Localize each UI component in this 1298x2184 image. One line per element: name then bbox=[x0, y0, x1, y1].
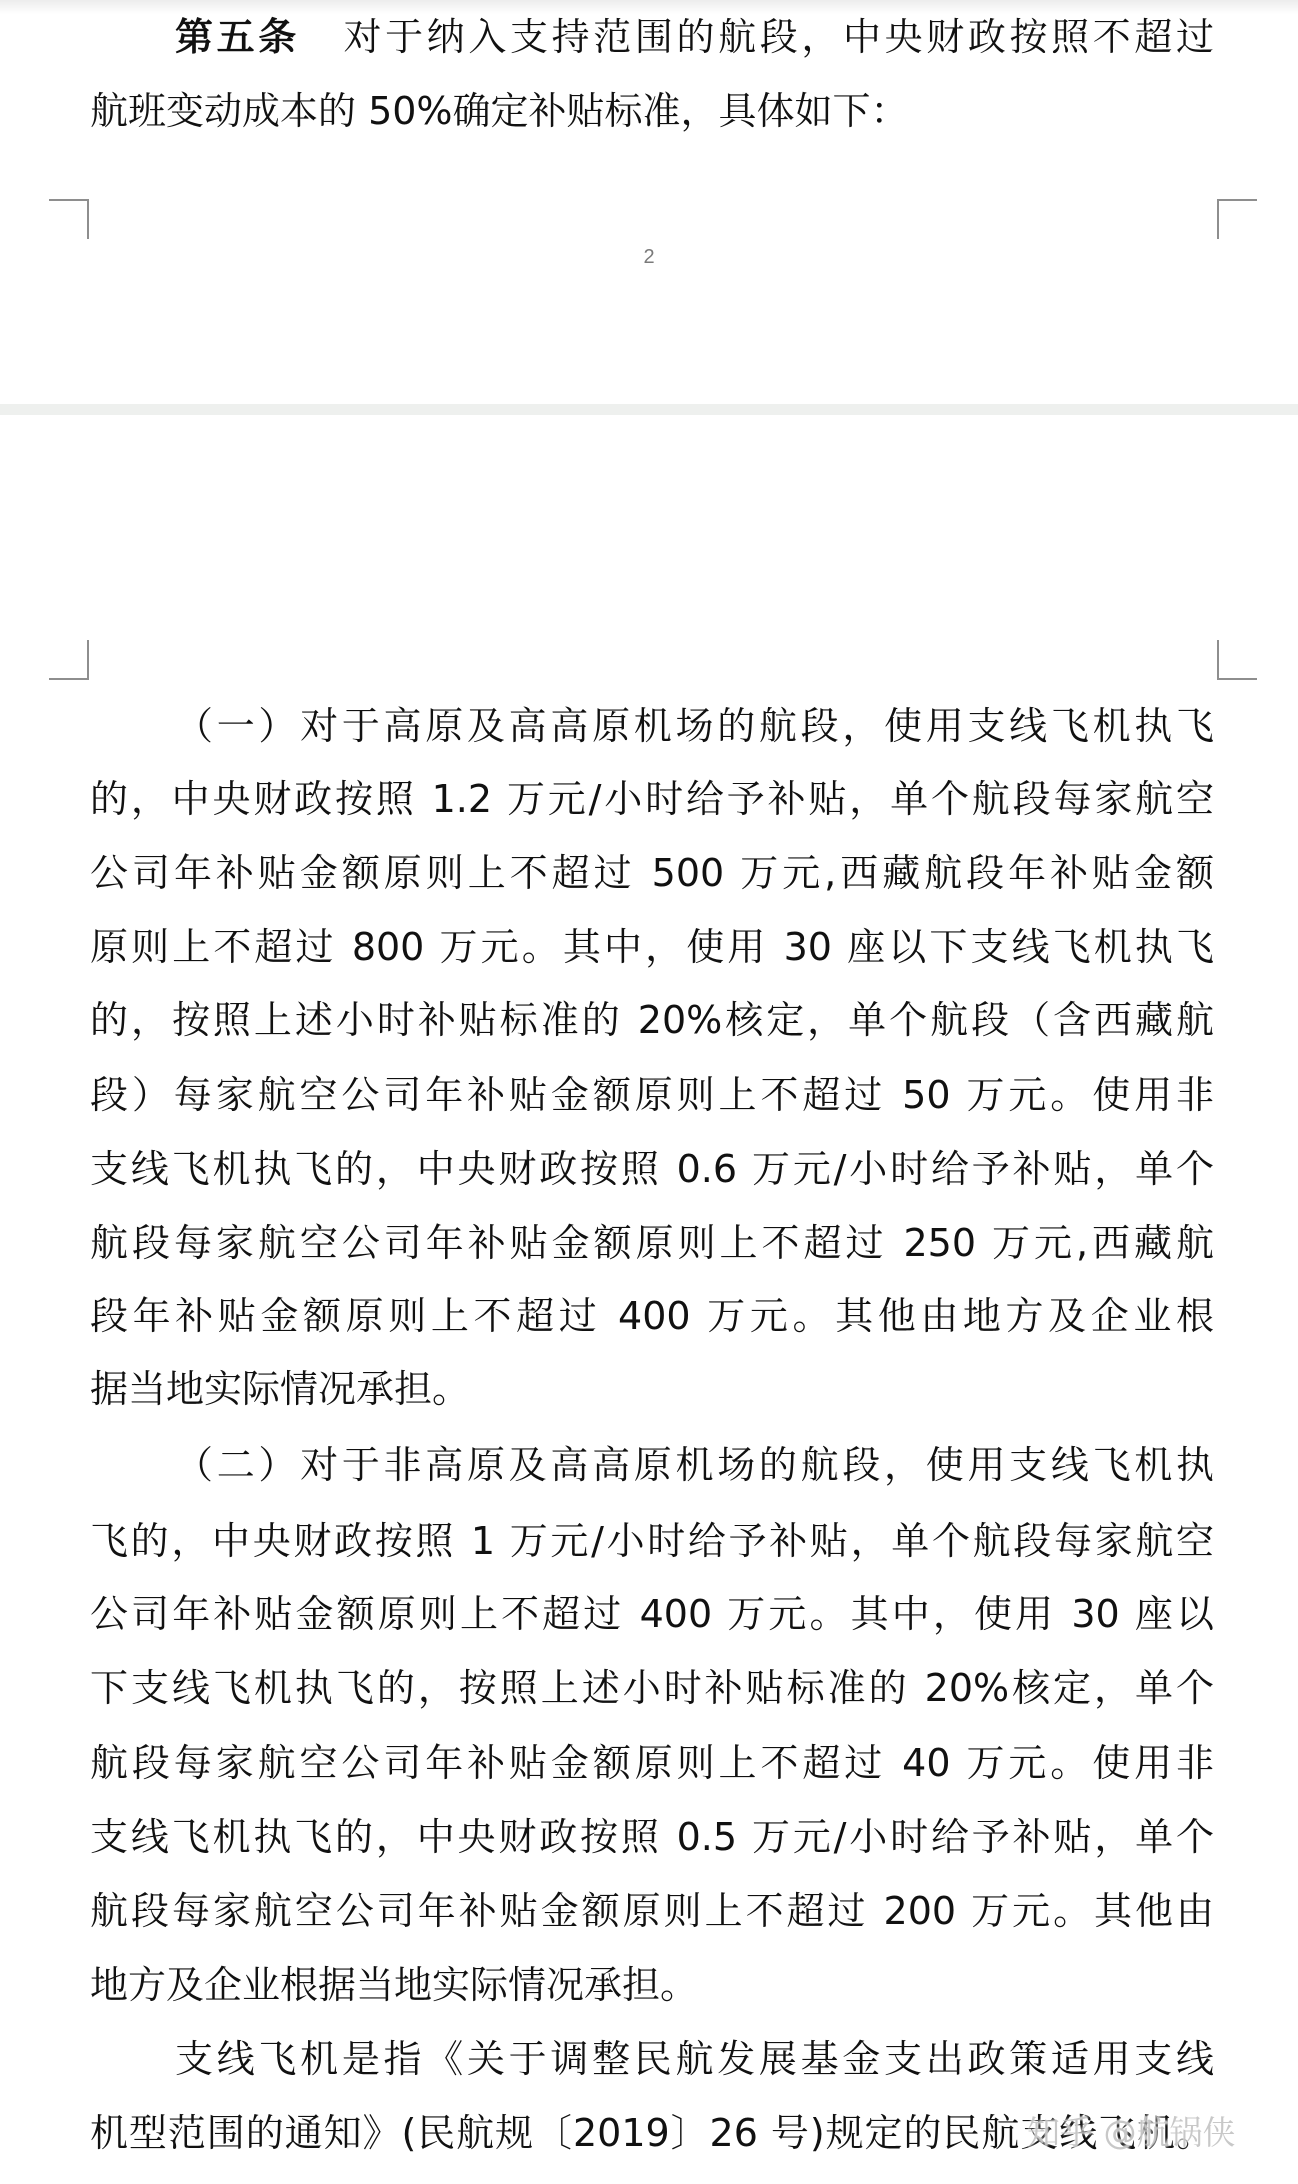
paragraph-line: 据当地实际情况承担。 bbox=[90, 1352, 1214, 1426]
paragraph-line: （二）对于非高原及高高原机场的航段，使用支线飞机执 bbox=[175, 1428, 1214, 1502]
article-line: 航班变动成本的 50%确定补贴标准，具体如下： bbox=[90, 74, 1214, 148]
paragraph-line: 地方及企业根据当地实际情况承担。 bbox=[90, 1948, 1214, 2022]
paragraph-line: 公司年补贴金额原则上不超过 400 万元。其中，使用 30 座以 bbox=[90, 1577, 1214, 1651]
paragraph-line: 段年补贴金额原则上不超过 400 万元。其他由地方及企业根 bbox=[90, 1279, 1214, 1353]
article-text: 对于纳入支持范围的航段，中央财政按照不超过 bbox=[340, 15, 1214, 59]
paragraph-line: 支线飞机执飞的，中央财政按照 0.6 万元/小时给予补贴，单个 bbox=[90, 1132, 1214, 1206]
watermark: 知乎 @航锅侠 bbox=[1027, 2110, 1236, 2156]
paragraph-line: 段）每家航空公司年补贴金额原则上不超过 50 万元。使用非 bbox=[90, 1058, 1214, 1132]
paragraph-line: 支线飞机是指《关于调整民航发展基金支出政策适用支线 bbox=[175, 2022, 1214, 2096]
crop-mark-bottom-left bbox=[49, 640, 89, 680]
crop-mark-bottom-right bbox=[1217, 640, 1257, 680]
article-label: 第五条 bbox=[175, 15, 300, 59]
paragraph-line: 下支线飞机执飞的，按照上述小时补贴标准的 20%核定，单个 bbox=[90, 1651, 1214, 1725]
paragraph-line: 航段每家航空公司年补贴金额原则上不超过 40 万元。使用非 bbox=[90, 1726, 1214, 1800]
crop-mark-top-right bbox=[1217, 199, 1257, 239]
paragraph-line: 原则上不超过 800 万元。其中，使用 30 座以下支线飞机执飞 bbox=[90, 910, 1214, 984]
paragraph-line: 飞的，中央财政按照 1 万元/小时给予补贴，单个航段每家航空 bbox=[90, 1504, 1214, 1578]
paragraph-line: 的，中央财政按照 1.2 万元/小时给予补贴，单个航段每家航空 bbox=[90, 762, 1214, 836]
page-number: 2 bbox=[629, 246, 669, 269]
paragraph-line: 航段每家航空公司年补贴金额原则上不超过 250 万元,西藏航 bbox=[90, 1206, 1214, 1280]
paragraph-line: 航段每家航空公司年补贴金额原则上不超过 200 万元。其他由 bbox=[90, 1874, 1214, 1948]
paragraph-line: （一）对于高原及高高原机场的航段，使用支线飞机执飞 bbox=[175, 689, 1214, 763]
paragraph-line: 公司年补贴金额原则上不超过 500 万元,西藏航段年补贴金额 bbox=[90, 836, 1214, 910]
paragraph-line: 支线飞机执飞的，中央财政按照 0.5 万元/小时给予补贴，单个 bbox=[90, 1800, 1214, 1874]
page-separator bbox=[0, 404, 1298, 415]
crop-mark-top-left bbox=[49, 199, 89, 239]
paragraph-line: 的，按照上述小时补贴标准的 20%核定，单个航段（含西藏航 bbox=[90, 983, 1214, 1057]
article-first-line: 第五条对于纳入支持范围的航段，中央财政按照不超过 bbox=[175, 0, 1214, 74]
